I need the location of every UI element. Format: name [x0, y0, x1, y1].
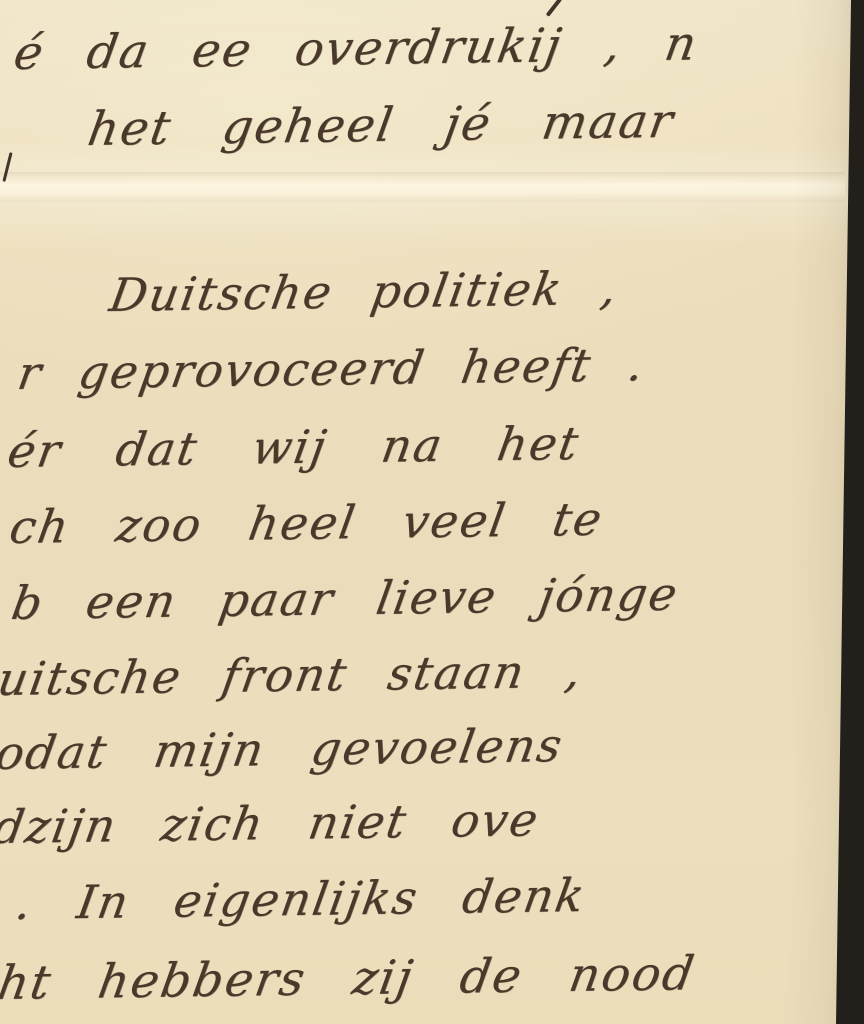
stray-ink-stroke-top: [546, 0, 563, 17]
fold-crease: [0, 172, 845, 202]
handwriting-line: het geheel jé maar: [84, 94, 678, 157]
handwriting-line: r geprovoceerd heeft .: [14, 337, 649, 400]
handwriting-line: uitsche front staan ,: [0, 644, 587, 706]
handwriting-line: dzijn zich niet ove: [0, 792, 543, 854]
handwriting-line: odat mijn gevoelens: [0, 718, 567, 780]
handwriting-line: ht hebbers zij de nood: [0, 946, 699, 1011]
handwriting-line: ér dat wij na het: [4, 416, 584, 478]
handwriting-line: ch zoo heel veel te: [6, 492, 607, 554]
handwriting-line: b een paar lieve jónge: [8, 567, 683, 630]
letter-paper: é da ee overdrukij , n het geheel jé maa…: [0, 0, 864, 1024]
handwriting-line: Duitsche politiek ,: [106, 261, 623, 322]
handwriting-line: . In eigenlijks denk: [12, 868, 590, 930]
handwriting-line: é da ee overdrukij , n: [10, 16, 702, 81]
